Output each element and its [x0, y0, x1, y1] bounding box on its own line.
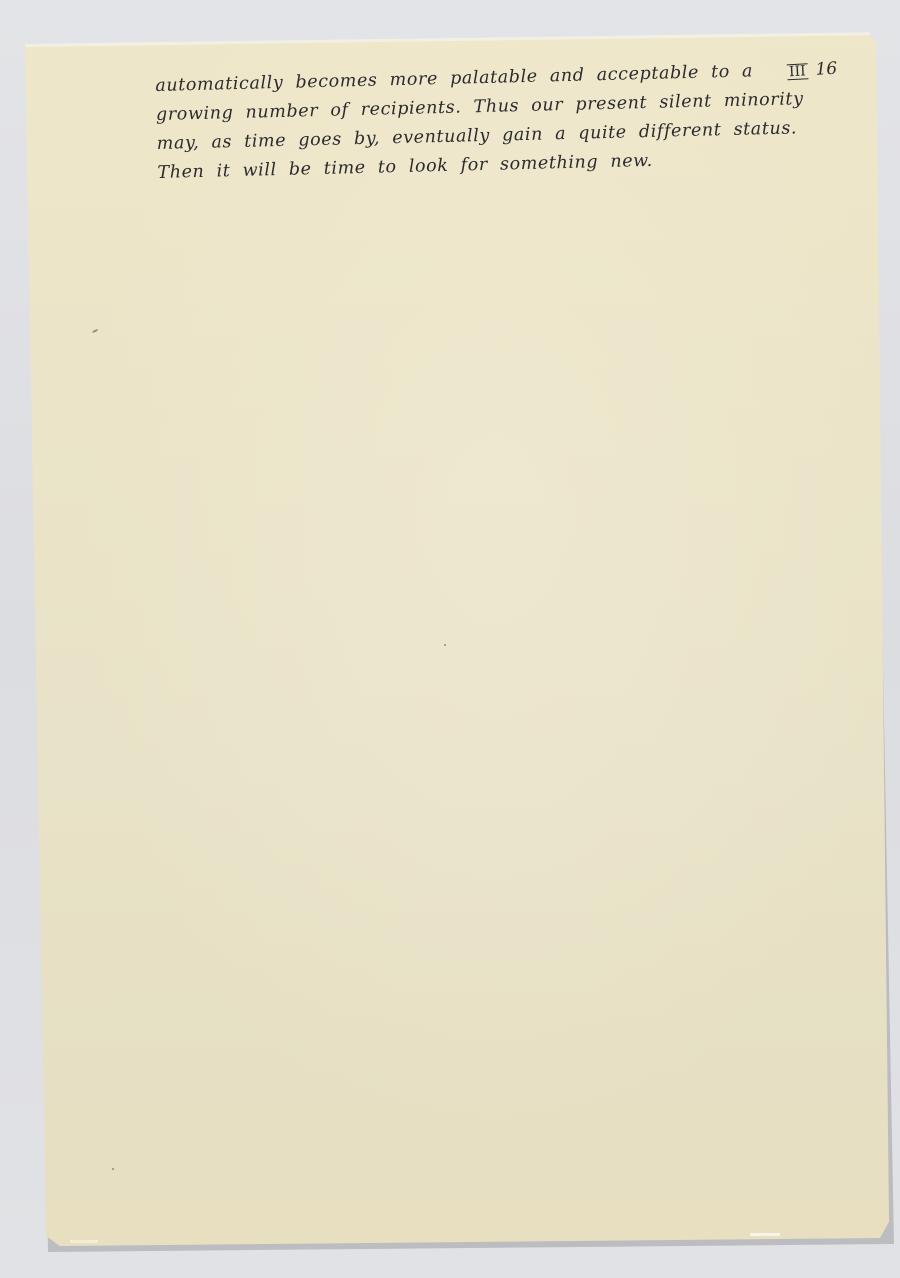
paper-tear	[750, 1233, 780, 1236]
handwritten-text: automatically becomes more palatable and…	[155, 56, 818, 188]
paper-speck	[112, 1168, 114, 1170]
paper-tear	[70, 1240, 98, 1243]
manuscript-page	[0, 0, 900, 1278]
page-number: 16	[815, 59, 838, 80]
paper-speck	[444, 644, 446, 646]
